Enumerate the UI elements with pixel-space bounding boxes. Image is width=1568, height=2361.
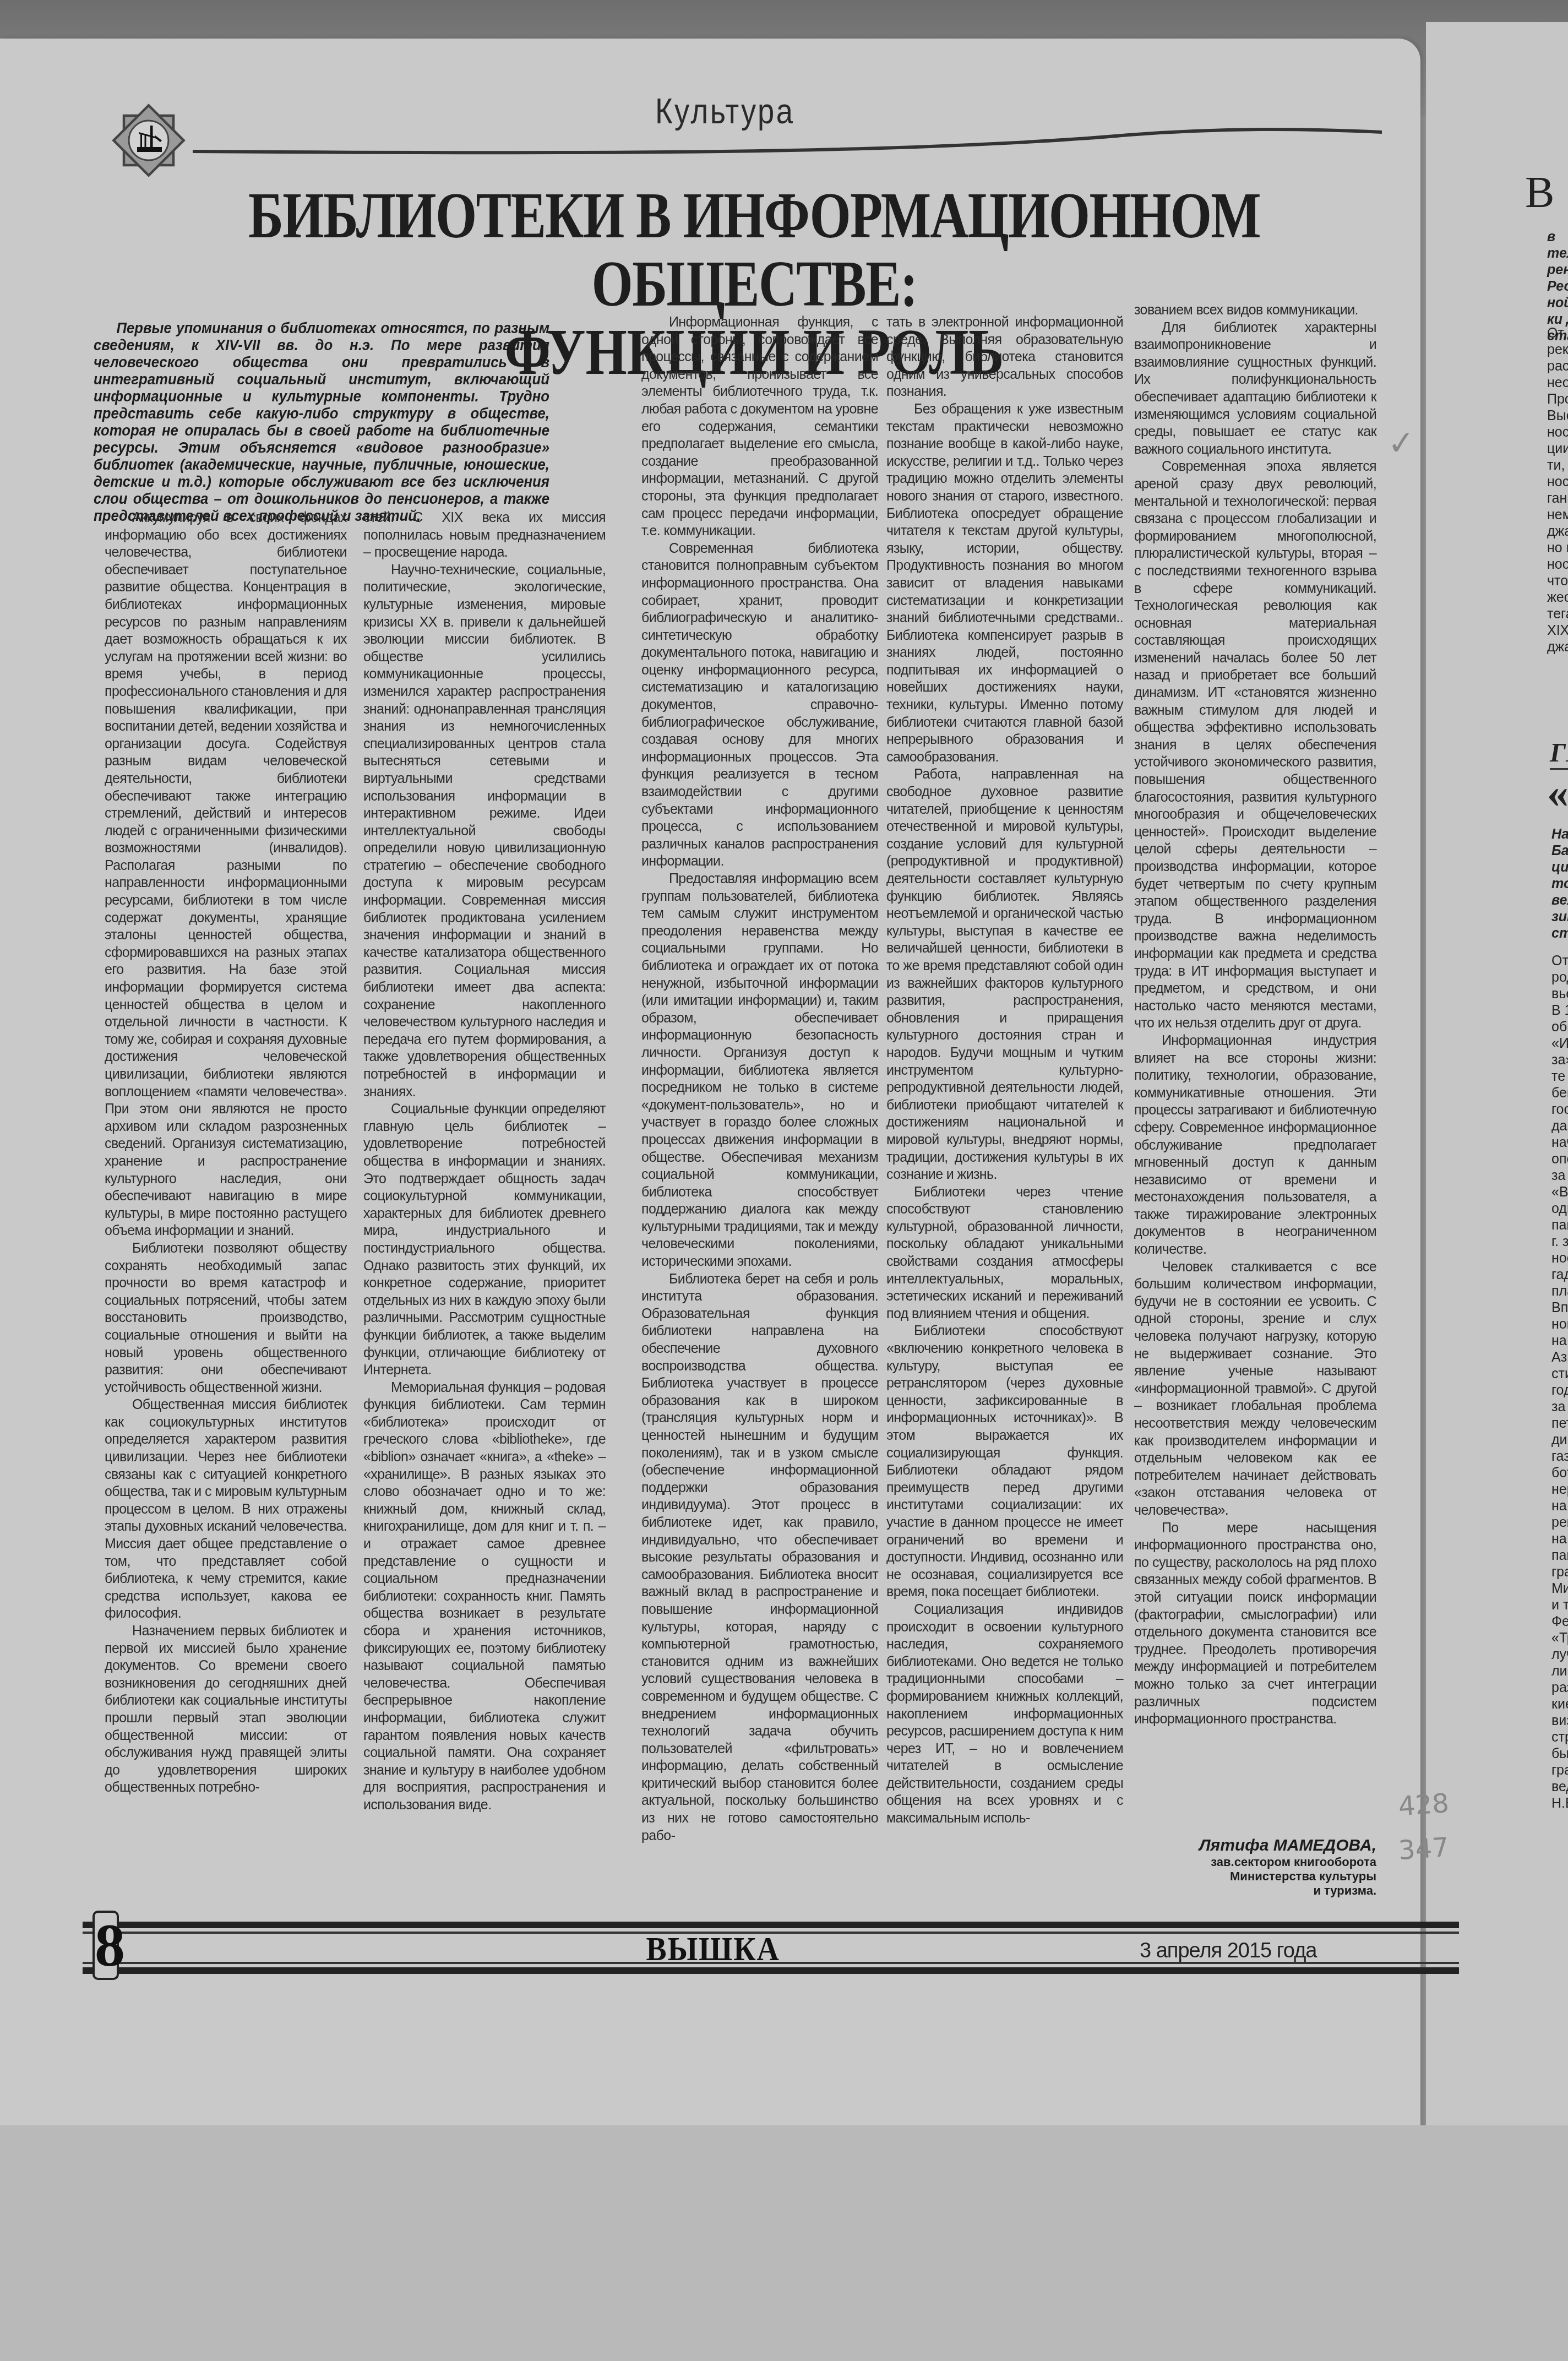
paragraph: тать в электронной информационной среде.…	[886, 314, 1123, 401]
text-line-fragment: Профе	[1547, 391, 1568, 407]
text-line-fragment: грали	[1551, 1762, 1568, 1778]
headline-line-1: БИБЛИОТЕКИ В ИНФОРМАЦИОННОМ ОБЩЕСТВЕ:	[235, 182, 1273, 318]
text-line-fragment: кие	[1551, 1696, 1568, 1712]
text-line-fragment: бы. Н	[1551, 1745, 1568, 1762]
text-line-fragment: ректо	[1551, 1514, 1568, 1531]
text-line-fragment: ность	[1547, 556, 1568, 573]
text-line-fragment: начин	[1551, 1134, 1568, 1151]
paragraph: Библиотеки через чтение способствуют ста…	[886, 1184, 1123, 1323]
paragraph: стей. С XIX века их миссия пополнилась н…	[363, 509, 606, 562]
adjacent-article2-title: «В	[1547, 768, 1568, 818]
text-line-fragment: Впер	[1551, 1299, 1568, 1316]
text-line-fragment: те не	[1551, 1068, 1568, 1085]
text-line-fragment: раз	[1551, 1679, 1568, 1696]
paragraph: Для библиотек характерны взаимопроникнов…	[1134, 319, 1376, 459]
paragraph: По мере насыщения информационного простр…	[1134, 1520, 1376, 1728]
text-line-fragment: «Инже	[1551, 1035, 1568, 1052]
text-line-fragment: на с	[1551, 1531, 1568, 1547]
text-line-fragment: Высше	[1547, 407, 1568, 424]
text-line-fragment: годах	[1551, 1382, 1568, 1399]
article-column-4: тать в электронной информационной среде.…	[886, 314, 1123, 1827]
text-line-fragment: но на	[1547, 540, 1568, 556]
article-lead: Первые упоминания о библиотеках относятс…	[94, 319, 549, 524]
author-position-line: и туризма.	[1134, 1884, 1376, 1898]
adjacent-newspaper-page: В втельнренциРеспуной ики Джстав и Отрек…	[1426, 22, 1568, 2213]
text-line-fragment: тельн	[1547, 245, 1568, 262]
text-line-fragment: Н.Ба	[1551, 1795, 1568, 1811]
text-line-fragment: зитно	[1551, 909, 1568, 925]
text-line-fragment: опера	[1551, 1151, 1568, 1167]
text-line-fragment: Мини	[1551, 1580, 1568, 1597]
text-line-fragment: ствен	[1551, 925, 1568, 942]
text-line-fragment: ность	[1547, 474, 1568, 490]
text-line-fragment: петрох	[1551, 1415, 1568, 1432]
paragraph: Работа, направленная на свободное духовн…	[886, 766, 1123, 1183]
text-line-fragment: лучи	[1551, 1646, 1568, 1663]
newspaper-masthead: ВЫШКА	[646, 1930, 780, 1969]
paragraph: Библиотеки позволяют обществу сохранять …	[105, 1240, 347, 1396]
text-line-fragment: граж	[1551, 1564, 1568, 1580]
author-position-line: зав.сектором книгооборота	[1134, 1855, 1376, 1869]
text-line-fragment: От	[1551, 953, 1568, 969]
paragraph: Социальные функции определяют главную це…	[363, 1101, 606, 1379]
text-line-fragment: ли за	[1551, 1663, 1568, 1679]
author-name: Лятифа МАМЕДОВА,	[1134, 1836, 1376, 1855]
paragraph: Мемориальная функция – родовая функция б…	[363, 1379, 606, 1814]
paragraph: Современная эпоха является ареной сразу …	[1134, 458, 1376, 1032]
text-line-fragment: в	[1547, 229, 1568, 245]
footer-rule	[83, 1922, 1459, 1928]
text-line-fragment: дирек	[1551, 1432, 1568, 1448]
text-line-fragment: джане	[1547, 639, 1568, 655]
paragraph: Без обращения к уже известным текстам пр…	[886, 401, 1123, 766]
text-line-fragment: На	[1551, 826, 1568, 842]
author-signature: Лятифа МАМЕДОВА, зав.сектором книгооборо…	[1134, 1836, 1376, 1898]
paragraph: Человек сталкивается с все большим колич…	[1134, 1259, 1376, 1520]
text-line-fragment: расска	[1547, 358, 1568, 374]
text-line-fragment: ция к	[1551, 859, 1568, 875]
text-line-fragment: ти, он	[1547, 457, 1568, 474]
text-line-fragment: беков	[1551, 1085, 1568, 1101]
paragraph: Информационная функция, с одной стороны,…	[641, 314, 878, 540]
text-line-fragment: госуд	[1551, 1101, 1568, 1118]
paragraph: Информационная индустрия влияет на все с…	[1134, 1032, 1376, 1259]
adjacent-article-title: В	[1525, 168, 1554, 218]
text-line-fragment: нера,	[1551, 1481, 1568, 1498]
issue-date: 3 апреля 2015 года	[1140, 1939, 1316, 1963]
paragraph: Предоставляя информацию всем группам пол…	[641, 871, 878, 1271]
adjacent-rubric: ГЕН	[1550, 738, 1568, 770]
paragraph: Аккумулируя в своих фондах информацию об…	[105, 509, 347, 1240]
text-line-fragment: ректор	[1547, 341, 1568, 358]
text-line-fragment: образ	[1551, 1019, 1568, 1035]
text-line-fragment: Федер	[1551, 1613, 1568, 1630]
paragraph: Социализация индивидов происходит в осво…	[886, 1601, 1123, 1827]
text-line-fragment: за на	[1551, 1399, 1568, 1415]
text-line-fragment: ность	[1551, 1250, 1568, 1266]
author-position-line: Министерства культуры	[1134, 1869, 1376, 1884]
adjacent-article2-lead: НаБакиция кторовелазитноствен	[1551, 826, 1568, 942]
text-line-fragment: ренци	[1547, 262, 1568, 278]
text-line-fragment: вела	[1551, 892, 1568, 909]
oil-derrick-star-emblem-icon	[107, 99, 190, 182]
text-line-fragment: От	[1547, 325, 1568, 341]
text-line-fragment: «Труд	[1551, 1630, 1568, 1646]
text-line-fragment: ганиза	[1547, 490, 1568, 507]
handwritten-number: 428	[1397, 1788, 1450, 1822]
text-line-fragment: пани	[1551, 1547, 1568, 1564]
text-line-fragment: В 198	[1551, 1002, 1568, 1019]
text-line-fragment: на ф	[1551, 1332, 1568, 1349]
paragraph: Назначением первых библиотек и первой их…	[105, 1623, 347, 1797]
text-line-fragment: Азиат	[1551, 1349, 1568, 1366]
text-line-fragment: Респу	[1547, 278, 1568, 295]
text-line-fragment: плато	[1551, 1283, 1568, 1299]
text-line-fragment: на д	[1551, 1498, 1568, 1514]
text-line-fragment: нем н	[1547, 507, 1568, 523]
text-line-fragment: ного	[1551, 1316, 1568, 1332]
text-line-fragment: «Въет	[1551, 1184, 1568, 1200]
text-line-fragment: ность	[1547, 424, 1568, 440]
text-line-fragment: гадир	[1551, 1266, 1568, 1283]
text-line-fragment: XIX – н	[1547, 622, 1568, 639]
bottom-card-background	[0, 2125, 1568, 2361]
text-line-fragment: и тер	[1551, 1597, 1568, 1613]
text-line-fragment: родил	[1551, 969, 1568, 986]
rubric-wave-line	[193, 124, 1382, 157]
handwritten-check-mark: ✓	[1386, 423, 1417, 463]
page-number: 8	[92, 1911, 119, 1980]
paragraph: Общественная миссия библиотек как социок…	[105, 1396, 347, 1623]
text-line-fragment: одно	[1551, 1200, 1568, 1217]
article-column-1: Аккумулируя в своих фондах информацию об…	[105, 509, 347, 1797]
text-line-fragment: ведом	[1551, 1778, 1568, 1795]
text-line-fragment: джане	[1547, 523, 1568, 540]
paragraph: Библиотеки способствуют «включению конкр…	[886, 1323, 1123, 1601]
text-line-fragment: тегазо	[1547, 606, 1568, 622]
article-column-2: стей. С XIX века их миссия пополнилась н…	[363, 509, 606, 1814]
text-line-fragment: ции во	[1547, 440, 1568, 457]
handwritten-number: 347	[1397, 1832, 1450, 1866]
text-line-fragment: жесть	[1547, 589, 1568, 606]
paragraph: Научно-технические, социальные, политиче…	[363, 562, 606, 1101]
text-line-fragment: вьетн	[1551, 986, 1568, 1002]
text-line-fragment: газа	[1551, 1448, 1568, 1465]
text-line-fragment: за» в	[1551, 1052, 1568, 1068]
lead-paragraph: Первые упоминания о библиотеках относятс…	[94, 319, 549, 524]
paragraph: Современная библиотека становится полноп…	[641, 540, 878, 871]
text-line-fragment: ститу	[1551, 1366, 1568, 1382]
text-line-fragment: за «В	[1551, 1167, 1568, 1184]
text-line-fragment: необх	[1547, 374, 1568, 391]
text-line-fragment: пани	[1551, 1217, 1568, 1233]
adjacent-article-body: ОтректоррассканеобхПрофеВысшеностьции во…	[1547, 325, 1568, 655]
text-line-fragment: г. зан	[1551, 1233, 1568, 1250]
adjacent-article2-body: ОтродилвьетнВ 198образ«Инжеза» вте небек…	[1551, 953, 1568, 1811]
text-line-fragment: визн	[1551, 1712, 1568, 1729]
text-line-fragment: что, п	[1547, 573, 1568, 589]
text-line-fragment: ботал	[1551, 1465, 1568, 1481]
text-line-fragment: стран	[1551, 1729, 1568, 1745]
paragraph: Библиотека берет на себя и роль институт…	[641, 1271, 878, 1845]
article-column-5: зованием всех видов коммуникации. Для би…	[1134, 302, 1376, 1728]
text-line-fragment: Баки	[1551, 842, 1568, 859]
text-line-fragment: ной и	[1547, 295, 1568, 311]
text-line-fragment: торо	[1551, 875, 1568, 892]
text-line-fragment: дамен	[1551, 1118, 1568, 1134]
article-column-3: Информационная функция, с одной стороны,…	[641, 314, 878, 1845]
paragraph: зованием всех видов коммуникации.	[1134, 302, 1376, 319]
